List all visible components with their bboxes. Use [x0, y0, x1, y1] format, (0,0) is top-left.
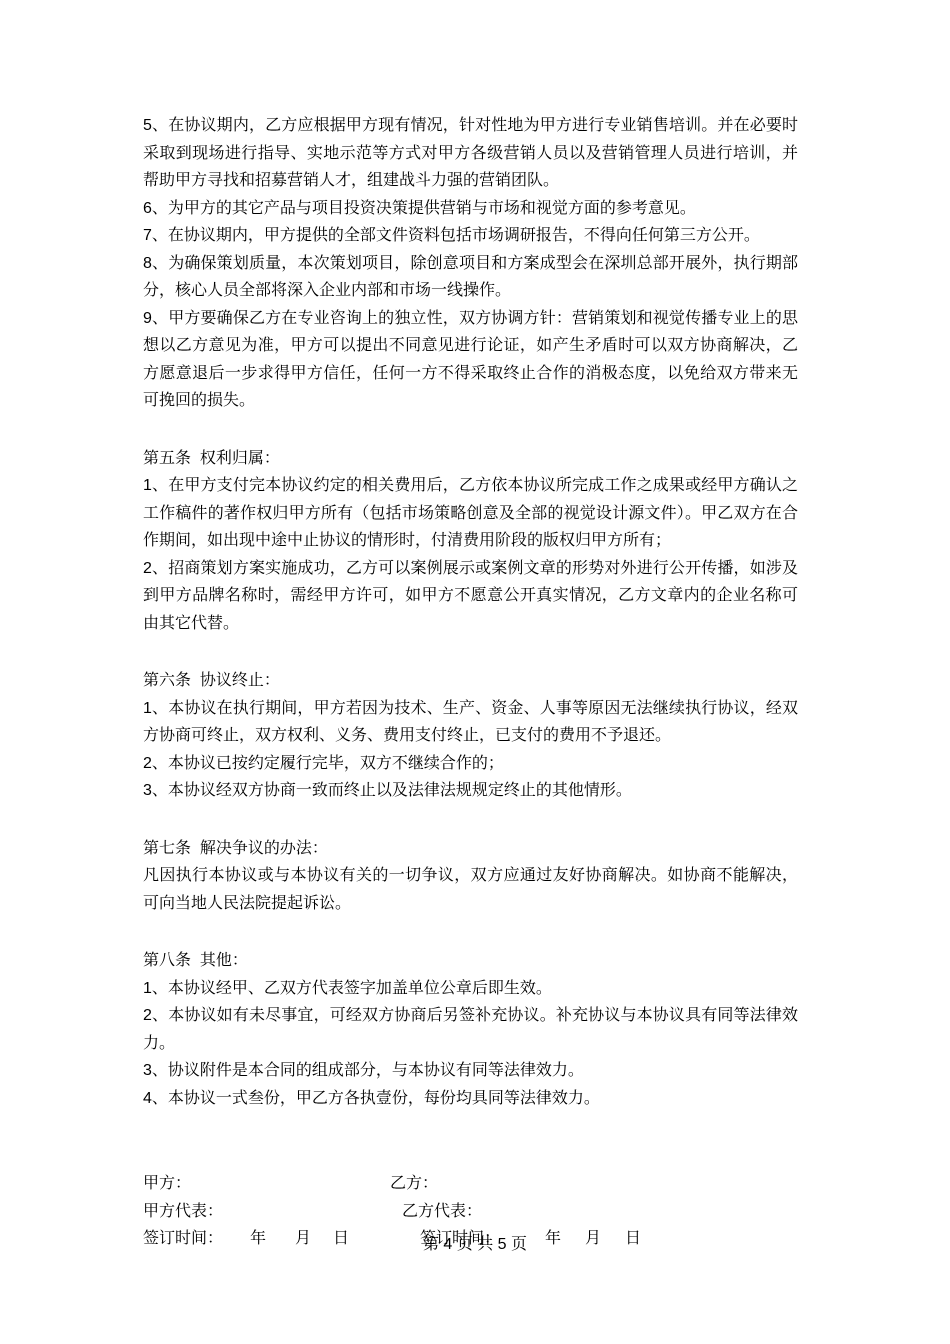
article-5-clause-1: 1、在甲方支付完本协议约定的相关费用后，乙方依本协议所完成工作之成果或经甲方确认…	[143, 472, 798, 555]
party-a-label: 甲方：	[143, 1170, 191, 1198]
article-5-clause-2: 2、招商策划方案实施成功，乙方可以案例展示或案例文章的形势对外进行公开传播，如涉…	[143, 555, 798, 638]
article-7-clause-1: 凡因执行本协议或与本协议有关的一切争议，双方应通过友好协商解决。如协商不能解决，…	[143, 862, 798, 917]
article-8-clause-4: 4、本协议一式叁份，甲乙方各执壹份，每份均具同等法律效力。	[143, 1085, 798, 1113]
article-8-clause-1: 1、本协议经甲、乙双方代表签字加盖单位公章后即生效。	[143, 975, 798, 1003]
clause-8: 8、为确保策划质量，本次策划项目，除创意项目和方案成型会在深圳总部开展外，执行期…	[143, 250, 798, 305]
contract-page-body: 5、在协议期内，乙方应根据甲方现有情况，针对性地为甲方进行专业销售培训。并在必要…	[143, 112, 798, 1253]
article-7-heading: 第七条 解决争议的办法：	[143, 835, 798, 863]
section-clauses-5-9: 5、在协议期内，乙方应根据甲方现有情况，针对性地为甲方进行专业销售培训。并在必要…	[143, 112, 798, 415]
article-5-heading: 第五条 权利归属：	[143, 445, 798, 473]
clause-7: 7、在协议期内，甲方提供的全部文件资料包括市场调研报告，不得向任何第三方公开。	[143, 222, 798, 250]
party-a-rep-label: 甲方代表：	[143, 1198, 223, 1226]
article-6-clause-2: 2、本协议已按约定履行完毕，双方不继续合作的；	[143, 750, 798, 778]
clause-6: 6、为甲方的其它产品与项目投资决策提供营销与市场和视觉方面的参考意见。	[143, 195, 798, 223]
article-8-heading: 第八条 其他：	[143, 947, 798, 975]
section-article-5: 第五条 权利归属： 1、在甲方支付完本协议约定的相关费用后，乙方依本协议所完成工…	[143, 445, 798, 638]
article-6-clause-3: 3、本协议经双方协商一致而终止以及法律法规规定终止的其他情形。	[143, 777, 798, 805]
clause-5: 5、在协议期内，乙方应根据甲方现有情况，针对性地为甲方进行专业销售培训。并在必要…	[143, 112, 798, 195]
section-article-8: 第八条 其他： 1、本协议经甲、乙双方代表签字加盖单位公章后即生效。 2、本协议…	[143, 947, 798, 1112]
party-b-label: 乙方：	[390, 1170, 438, 1198]
article-8-clause-3: 3、协议附件是本合同的组成部分，与本协议有同等法律效力。	[143, 1057, 798, 1085]
clause-9: 9、甲方要确保乙方在专业咨询上的独立性，双方协调方针：营销策划和视觉传播专业上的…	[143, 305, 798, 415]
section-article-6: 第六条 协议终止： 1、本协议在执行期间，甲方若因为技术、生产、资金、人事等原因…	[143, 667, 798, 805]
signature-row-representatives: 甲方代表： 乙方代表：	[143, 1198, 798, 1226]
article-8-clause-2: 2、本协议如有未尽事宜，可经双方协商后另签补充协议。补充协议与本协议具有同等法律…	[143, 1002, 798, 1057]
signature-row-parties: 甲方： 乙方：	[143, 1170, 798, 1198]
page-number-footer: 第 4 页 共 5 页	[0, 1231, 950, 1259]
party-b-rep-label: 乙方代表：	[402, 1198, 482, 1226]
section-article-7: 第七条 解决争议的办法： 凡因执行本协议或与本协议有关的一切争议，双方应通过友好…	[143, 835, 798, 918]
article-6-clause-1: 1、本协议在执行期间，甲方若因为技术、生产、资金、人事等原因无法继续执行协议，经…	[143, 695, 798, 750]
article-6-heading: 第六条 协议终止：	[143, 667, 798, 695]
